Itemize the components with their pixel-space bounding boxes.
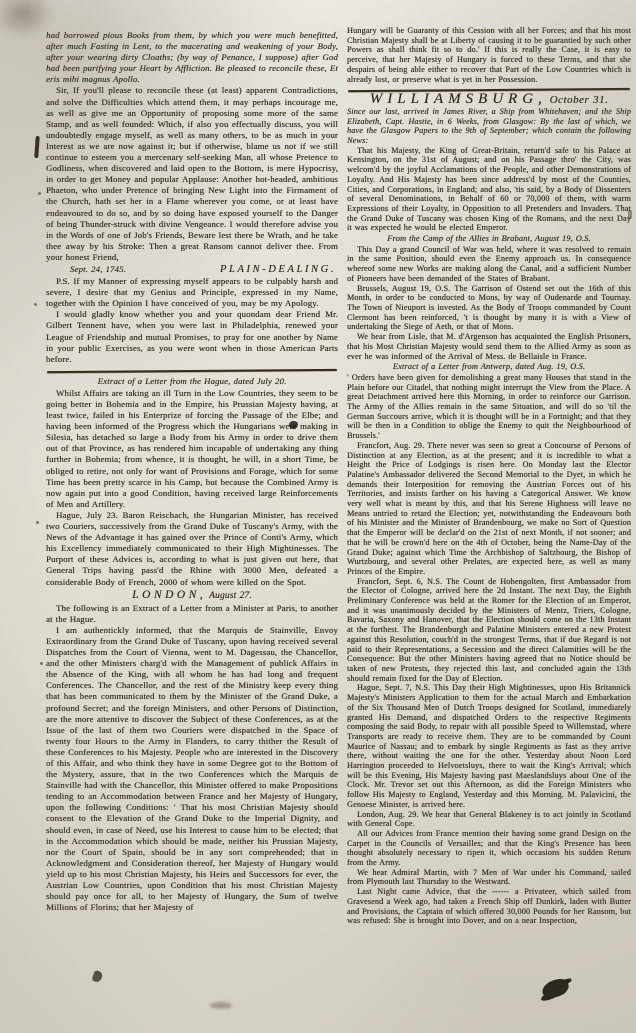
ink-speck (40, 662, 43, 665)
antwerp-letter-heading: Extract of a Letter from Antwerp, dated … (347, 362, 631, 372)
london-dateline-heading: LONDON, August 27. (46, 590, 338, 602)
signature-row: Sept. 24, 1745. PLAIN-DEALING. (46, 263, 338, 276)
williamsburg-dateline-heading: WILLIAMSBURG, October 31. (347, 95, 631, 106)
francfort-aug29-item: Francfort, Aug. 29. There never was seen… (347, 441, 631, 577)
left-column: had borrowed pious Books from them, by w… (46, 30, 338, 913)
continuation-fragment: had borrowed pious Books from them, by w… (46, 30, 338, 85)
brussels-item: Brussels, August 19, O.S. The Garrison o… (347, 284, 631, 333)
williamsburg-heading-date: October 31. (550, 94, 609, 106)
brabant-camp-item: This Day a grand Council of War was held… (347, 245, 631, 284)
hague-letter-heading: Extract of a Letter from the Hague, date… (46, 376, 338, 387)
ink-speck (34, 303, 37, 306)
newspaper-page: had borrowed pious Books from them, by w… (0, 0, 636, 1033)
ink-smudge (210, 1002, 232, 1009)
signature-date: Sept. 24, 1745. (70, 264, 126, 275)
glasgow-news-item: That his Majesty, the King of Great-Brit… (347, 146, 631, 233)
postscript: P.S. If my Manner of expressing myself a… (46, 276, 338, 309)
hungary-continuation: Hungary will be Guaranty of this Cession… (347, 26, 631, 84)
lisle-item: We hear from Lisle, that M. d'Argenson h… (347, 332, 631, 361)
admiral-martin-item: We hear Admiral Martin, with 7 Men of Wa… (347, 868, 631, 887)
hague-letter-body: Whilst Affairs are taking an ill Turn in… (46, 388, 338, 510)
letter-body: Sir, If you'll please to reconcile these… (46, 85, 338, 263)
ink-stain (540, 977, 570, 1000)
ink-speck (36, 521, 39, 524)
london-intro: The following is an Extract of a Letter … (46, 603, 338, 625)
london-aug29-item: London, Aug. 29. We hear that General Bl… (347, 810, 631, 829)
right-column: Hungary will be Guaranty of this Cession… (347, 26, 631, 926)
williamsburg-heading-word: WILLIAMSBURG, (370, 91, 547, 107)
francfort-sept6-item: Francfort, Sept. 6, N.S. The Count de Ho… (347, 577, 631, 684)
ink-speck (38, 192, 41, 195)
section-divider-rule (47, 369, 337, 373)
ink-stain (34, 136, 40, 158)
brabant-camp-heading: From the Camp of the Allies in Brabant, … (347, 234, 631, 244)
antwerp-letter-body: ' Orders have been given for demolishing… (347, 373, 631, 441)
london-letter-body: I am authentickly informed, that the Mar… (46, 625, 338, 913)
privateer-item: Last Night came Advice, that the ------ … (347, 887, 631, 926)
ink-stain (92, 970, 104, 983)
advices-item: All our Advices from France mention thei… (347, 829, 631, 868)
london-heading-word: LONDON, (132, 589, 206, 601)
hague-july23-item: Hague, July 23. Baron Reischach, the Hun… (46, 510, 338, 588)
postscript-second: I would gladly know whether you and your… (46, 309, 338, 364)
london-heading-date: August 27. (209, 591, 252, 601)
hague-sept7-item: Hague, Sept. 7, N.S. This Day their High… (347, 683, 631, 809)
ship-arrivals-note: Since our last, arrived in James River, … (347, 107, 631, 146)
signature-name: PLAIN-DEALING. (220, 264, 336, 275)
